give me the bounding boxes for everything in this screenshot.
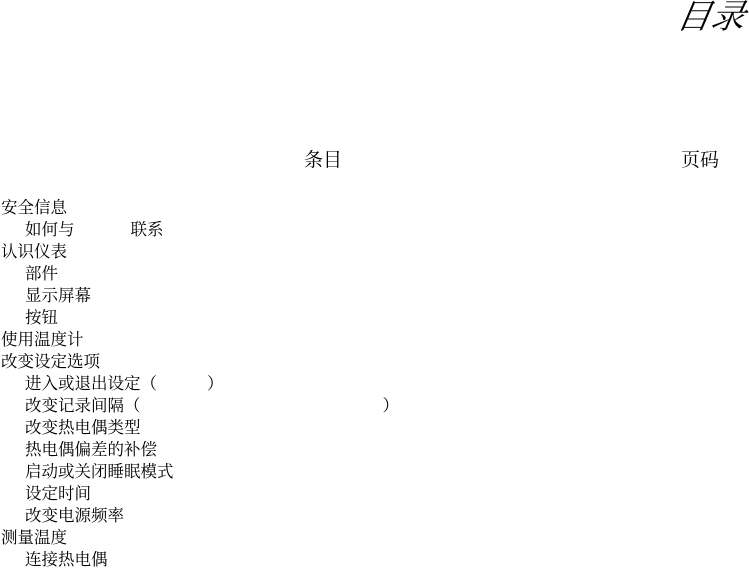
toc-entry[interactable]: 启动或关闭睡眠模式 — [1, 461, 399, 483]
toc-entry-text: 安全信息 — [1, 198, 67, 217]
toc-entry-text: 热电偶偏差的补偿 — [25, 440, 157, 459]
toc-entry[interactable]: 热电偶偏差的补偿 — [1, 439, 399, 461]
toc-entry[interactable]: 使用温度计 — [1, 329, 399, 351]
toc-entry-text: 如何与 — [25, 220, 75, 239]
toc-entry[interactable]: 改变热电偶类型 — [1, 417, 399, 439]
toc-entry-text-suffix: ） — [383, 396, 400, 415]
toc-entry-text: 改变记录间隔（ — [25, 396, 141, 415]
toc-entry[interactable]: 如何与联系 — [1, 219, 399, 241]
column-header-item: 条目 — [304, 148, 342, 172]
toc-entry-text: 使用温度计 — [1, 330, 84, 349]
toc-entry-text: 改变电源频率 — [25, 506, 124, 525]
toc-entry-text: 按钮 — [25, 308, 58, 327]
toc-entry-text-suffix: 联系 — [131, 220, 164, 239]
toc-entry-text: 显示屏幕 — [25, 286, 91, 305]
toc-entry[interactable]: 连接热电偶 — [1, 549, 399, 568]
toc-entry-text: 改变热电偶类型 — [25, 418, 141, 437]
toc-entry-text: 设定时间 — [25, 484, 91, 503]
toc-entry-text: 进入或退出设定（ — [25, 374, 157, 393]
table-of-contents: 安全信息如何与联系认识仪表部件显示屏幕按钮使用温度计改变设定选项进入或退出设定（… — [1, 197, 399, 568]
toc-entry-text: 改变设定选项 — [1, 352, 100, 371]
toc-entry[interactable]: 改变电源频率 — [1, 505, 399, 527]
toc-entry-text: 部件 — [25, 264, 58, 283]
column-header-page: 页码 — [681, 148, 719, 172]
toc-entry-text: 连接热电偶 — [25, 550, 108, 568]
toc-entry-text-suffix: ） — [207, 374, 224, 393]
toc-entry[interactable]: 部件 — [1, 263, 399, 285]
toc-entry[interactable]: 改变记录间隔（） — [1, 395, 399, 417]
toc-entry[interactable]: 显示屏幕 — [1, 285, 399, 307]
page-title: 目录 — [673, 0, 748, 38]
toc-entry[interactable]: 认识仪表 — [1, 241, 399, 263]
toc-entry[interactable]: 安全信息 — [1, 197, 399, 219]
toc-entry[interactable]: 设定时间 — [1, 483, 399, 505]
toc-entry[interactable]: 测量温度 — [1, 527, 399, 549]
toc-entry[interactable]: 按钮 — [1, 307, 399, 329]
toc-entry[interactable]: 改变设定选项 — [1, 351, 399, 373]
toc-entry-text: 认识仪表 — [1, 242, 67, 261]
toc-entry-text: 启动或关闭睡眠模式 — [25, 462, 174, 481]
toc-entry-text: 测量温度 — [1, 528, 67, 547]
toc-entry[interactable]: 进入或退出设定（） — [1, 373, 399, 395]
